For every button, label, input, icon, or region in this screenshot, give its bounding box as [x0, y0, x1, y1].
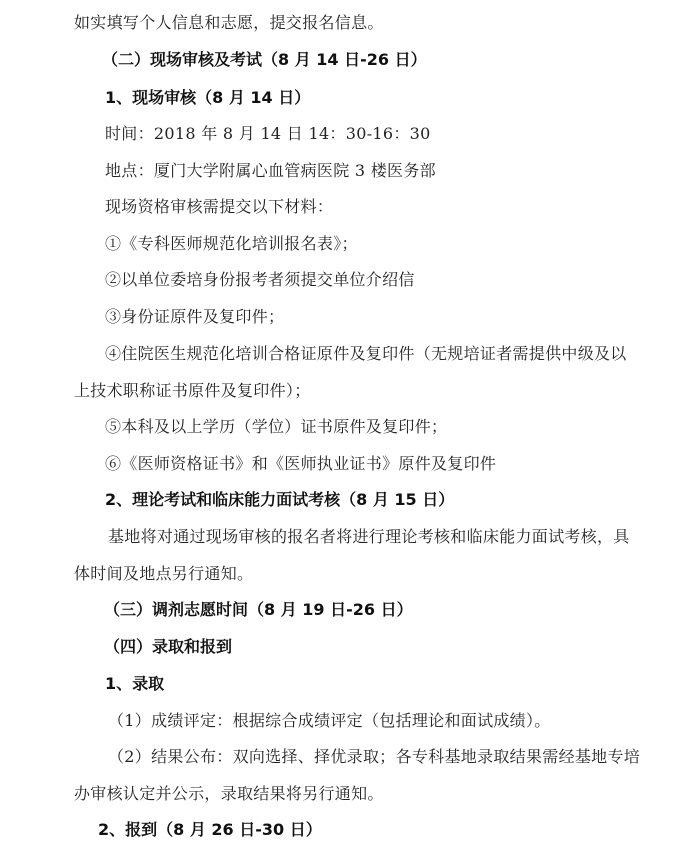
material-item-5: ⑤本科及以上学历（学位）证书原件及复印件； — [105, 417, 447, 437]
subheading-onsite-review: 1、现场审核（8 月 14 日） — [105, 88, 310, 108]
material-item-6: ⑥《医师资格证书》和《医师执业证书》原件及复印件 — [105, 454, 496, 474]
material-item-3: ③身份证原件及复印件； — [105, 307, 284, 327]
exam-description: 基地将对通过现场审核的报名者将进行理论考核和临床能力面试考核，具 — [108, 527, 630, 547]
material-item-2: ②以单位委培身份报考者须提交单位介绍信 — [105, 270, 415, 290]
section-heading-onsite-review-and-exam: （二）现场审核及考试（8 月 14 日-26 日） — [102, 50, 427, 70]
result-announcement: （2）结果公布：双向选择、择优录取；各专科基地录取结果需经基地专培 — [108, 747, 640, 767]
paragraph-fill-info-continuation: 如实填写个人信息和志愿，提交报名信息。 — [74, 13, 384, 33]
document-page: 如实填写个人信息和志愿，提交报名信息。 （二）现场审核及考试（8 月 14 日-… — [0, 0, 700, 852]
result-announcement-continuation: 办审核认定并公示，录取结果将另行通知。 — [74, 784, 384, 804]
section-heading-adjustment-period: （三）调剂志愿时间（8 月 19 日-26 日） — [104, 600, 413, 620]
review-location: 地点：厦门大学附属心血管病医院 3 楼医务部 — [105, 161, 436, 181]
review-time: 时间：2018 年 8 月 14 日 14：30-16：30 — [105, 124, 431, 144]
material-item-1: ①《专科医师规范化培训报名表》； — [105, 234, 358, 254]
exam-description-continuation: 体时间及地点另行通知。 — [74, 564, 253, 584]
section-heading-admission-and-registration: （四）录取和报到 — [104, 637, 232, 657]
materials-intro: 现场资格审核需提交以下材料： — [105, 197, 333, 217]
subheading-registration: 2、报到（8 月 26 日-30 日） — [98, 820, 322, 840]
score-evaluation: （1）成绩评定：根据综合成绩评定（包括理论和面试成绩）。 — [108, 711, 551, 731]
material-item-4: ④住院医生规范化培训合格证原件及复印件（无规培证者需提供中级及以 — [105, 344, 627, 364]
material-item-4-continuation: 上技术职称证书原件及复印件）； — [74, 381, 311, 401]
subheading-theory-and-clinical-exam: 2、理论考试和临床能力面试考核（8 月 15 日） — [105, 490, 454, 510]
subheading-admission: 1、录取 — [105, 674, 164, 694]
